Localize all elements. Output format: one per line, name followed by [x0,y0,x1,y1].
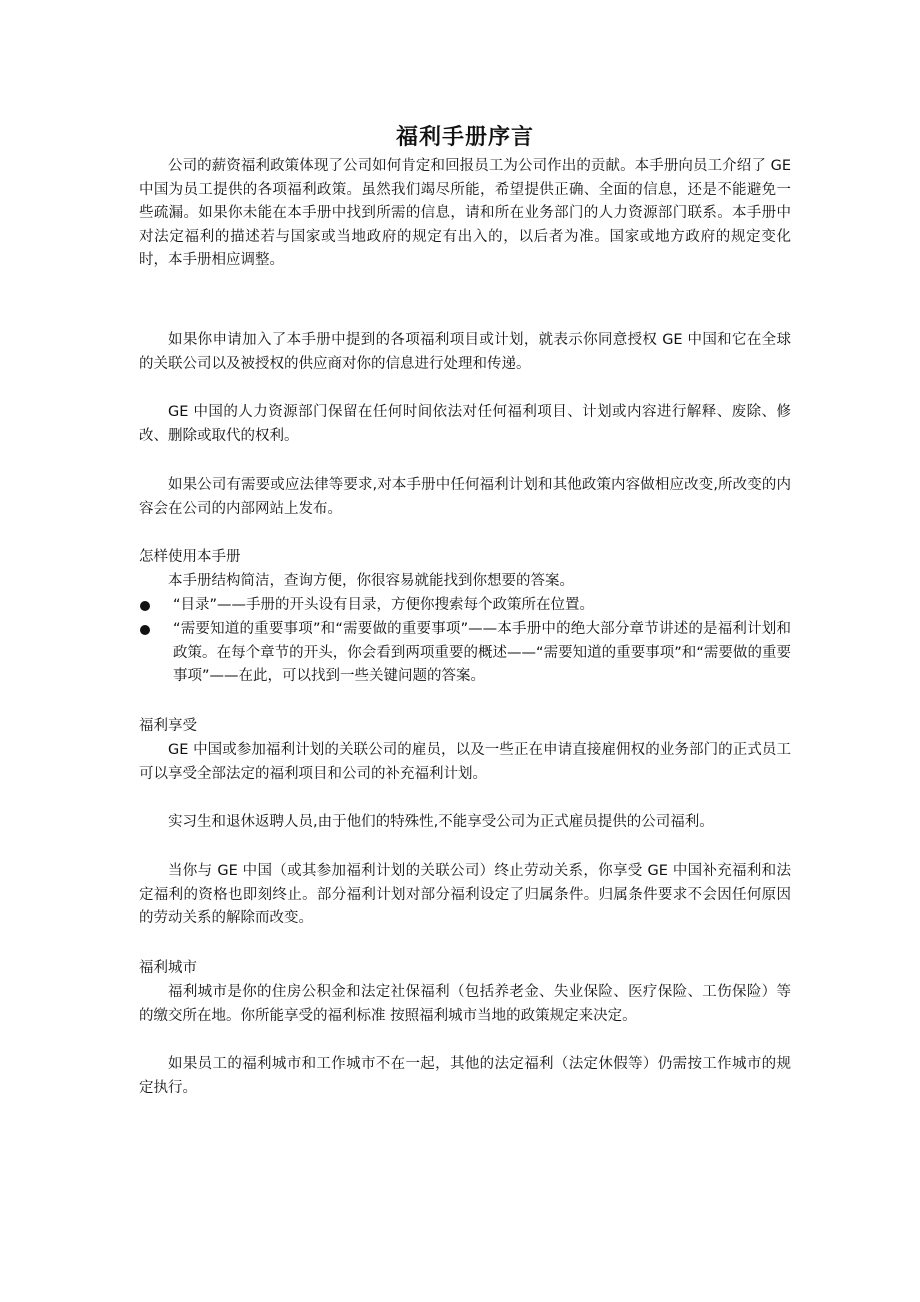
section-heading-eligibility: 福利享受 [139,715,197,739]
intro-paragraph-3: GE 中国的人力资源部门保留在任何时间依法对任何福利项目、计划或内容进行解释、废… [139,401,791,448]
section-heading-how-to-use: 怎样使用本手册 [139,546,241,570]
bullet-text: “需要知道的重要事项”和“需要做的重要事项”——本手册中的绝大部分章节讲述的是福… [173,618,791,689]
bullet-text: “目录”——手册的开头设有目录，方便你搜索每个政策所在位置。 [173,594,791,618]
eligibility-paragraph-2: 实习生和退休返聘人员,由于他们的特殊性,不能享受公司为正式雇员提供的公司福利。 [139,811,791,835]
intro-paragraph-4: 如果公司有需要或应法律等要求,对本手册中任何福利计划和其他政策内容做相应改变,所… [139,474,791,521]
section-heading-benefit-city: 福利城市 [139,957,197,981]
intro-paragraph-2: 如果你申请加入了本手册中提到的各项福利项目或计划，就表示你同意授权 GE 中国和… [139,329,791,376]
how-to-use-intro: 本手册结构简洁，查询方便，你很容易就能找到你想要的答案。 [139,570,791,594]
intro-paragraph-1: 公司的薪资福利政策体现了公司如何肯定和回报员工为公司作出的贡献。本手册向员工介绍… [139,155,791,273]
benefit-city-paragraph-1: 福利城市是你的住房公积金和法定社保福利（包括养老金、失业保险、医疗保险、工伤保险… [139,981,791,1028]
eligibility-paragraph-1: GE 中国或参加福利计划的关联公司的雇员，以及一些正在申请直接雇佣权的业务部门的… [139,739,791,786]
document-title: 福利手册序言 [139,120,791,151]
bullet-icon [140,625,150,635]
bullet-icon [140,601,150,611]
benefit-city-paragraph-2: 如果员工的福利城市和工作城市不在一起，其他的法定福利（法定休假等）仍需按工作城市… [139,1053,791,1100]
eligibility-paragraph-3: 当你与 GE 中国（或其参加福利计划的关联公司）终止劳动关系，你享受 GE 中国… [139,860,791,931]
